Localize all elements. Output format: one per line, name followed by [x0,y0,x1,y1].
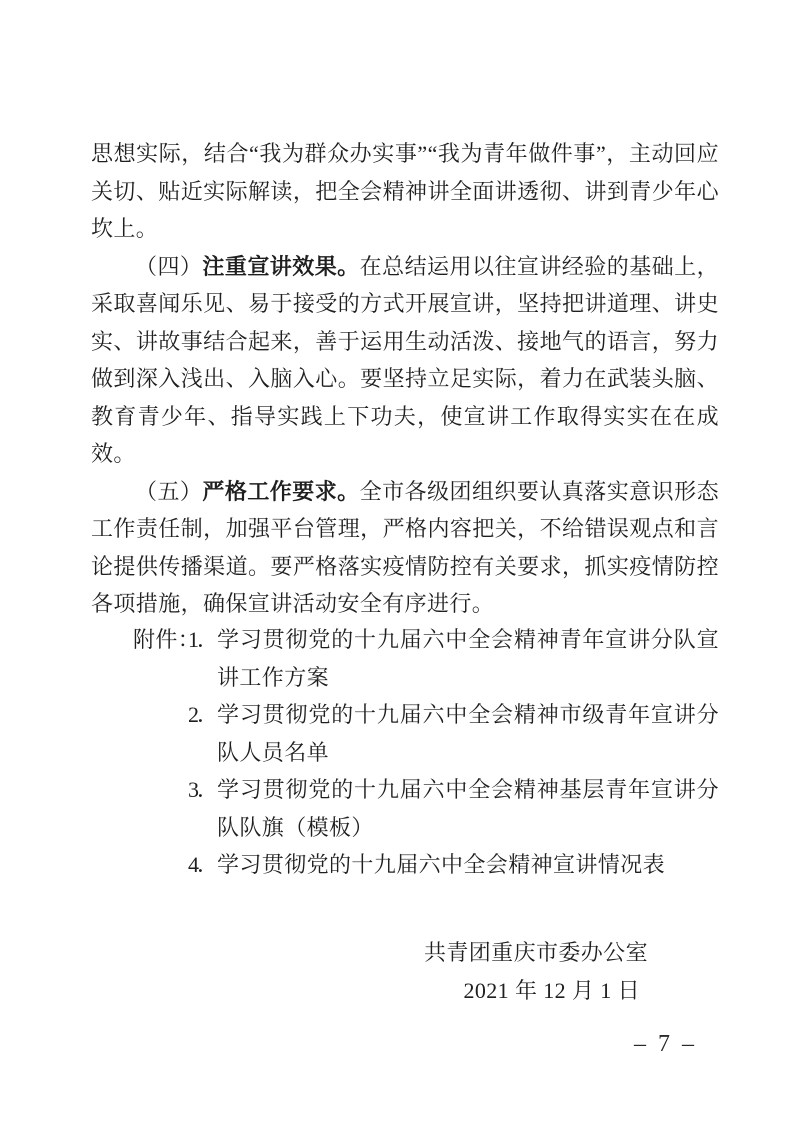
attachment-item: 3． 学习贯彻党的十九届六中全会精神基层青年宣讲分队队旗（模板） [133,771,719,846]
attachments-label: 附件： [133,621,188,659]
paragraph-item-4: （四）注重宣讲效果。在总结运用以往宣讲经验的基础上，采取喜闻乐见、易于接受的方式… [91,248,719,473]
attachment-number: 3． [188,771,217,809]
attachment-title: 学习贯彻党的十九届六中全会精神宣讲情况表 [217,846,719,884]
attachment-number: 4． [188,846,217,884]
signature-issuer: 共青团重庆市委办公室 [0,934,793,972]
run-in-heading: 注重宣讲效果。 [202,254,359,279]
paragraph-prefix: （四） [135,254,202,279]
document-page: 思想实际，结合“我为群众办实事”“我为青年做件事”，主动回应关切、贴近实际解读，… [0,0,793,1122]
signature-date: 2021 年 12 月 1 日 [0,972,793,1010]
attachment-item: 2． 学习贯彻党的十九届六中全会精神市级青年宣讲分队人员名单 [133,696,719,771]
attachment-title: 学习贯彻党的十九届六中全会精神市级青年宣讲分队人员名单 [217,696,719,771]
paragraph-text: 思想实际，结合“我为群众办实事”“我为青年做件事”，主动回应关切、贴近实际解读，… [91,141,719,241]
attachment-title: 学习贯彻党的十九届六中全会精神青年宣讲分队宣讲工作方案 [217,621,719,696]
attachments-list: 附件： 1． 学习贯彻党的十九届六中全会精神青年宣讲分队宣讲工作方案 2． 学习… [133,621,719,884]
run-in-heading: 严格工作要求。 [202,479,359,504]
page-number: – 7 – [634,1031,697,1058]
document-body: 思想实际，结合“我为群众办实事”“我为青年做件事”，主动回应关切、贴近实际解读，… [91,135,719,623]
paragraph-text: 在总结运用以往宣讲经验的基础上，采取喜闻乐见、易于接受的方式开展宣讲，坚持把讲道… [91,254,719,467]
paragraph-continuation: 思想实际，结合“我为群众办实事”“我为青年做件事”，主动回应关切、贴近实际解读，… [91,135,719,248]
signature-block: 共青团重庆市委办公室 2021 年 12 月 1 日 [0,934,793,1009]
attachment-item: 附件： 1． 学习贯彻党的十九届六中全会精神青年宣讲分队宣讲工作方案 [133,621,719,696]
attachment-number: 1． [188,621,217,659]
attachment-number: 2． [188,696,217,734]
paragraph-item-5: （五）严格工作要求。全市各级团组织要认真落实意识形态工作责任制，加强平台管理，严… [91,473,719,623]
paragraph-prefix: （五） [135,479,202,504]
attachment-item: 4． 学习贯彻党的十九届六中全会精神宣讲情况表 [133,846,719,884]
attachment-title: 学习贯彻党的十九届六中全会精神基层青年宣讲分队队旗（模板） [217,771,719,846]
